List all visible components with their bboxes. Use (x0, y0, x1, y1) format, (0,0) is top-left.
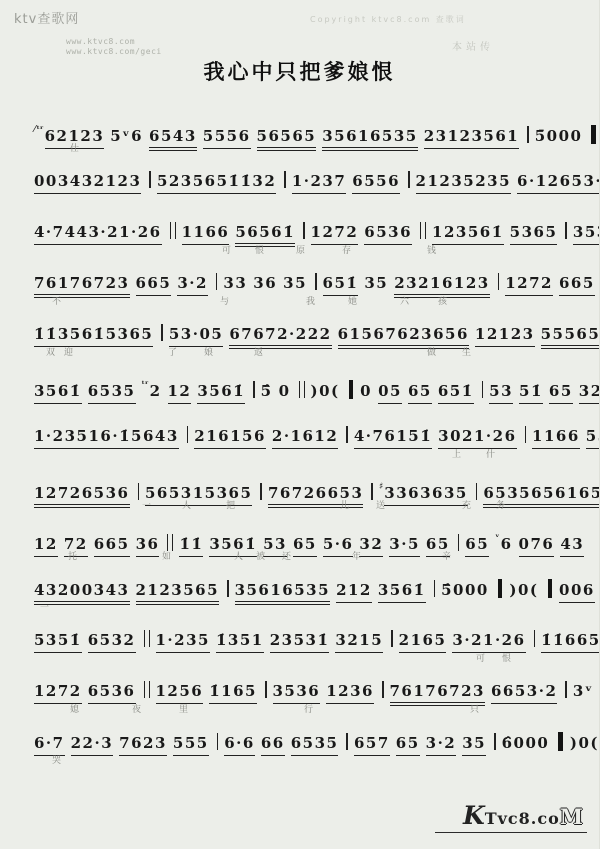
lyric-char: 什 (486, 447, 495, 460)
notation-group: 65 (293, 534, 317, 557)
barline (494, 733, 496, 750)
notation-group: 56561̇ (235, 222, 295, 247)
notation-group: 2 (150, 381, 162, 405)
notation-group: 43 (560, 534, 584, 557)
lyric-char: 双 (46, 345, 55, 358)
notation-group: 3·21·26 (452, 630, 525, 653)
logo-letter-k: K (463, 801, 485, 830)
ornament: ⁄ (34, 120, 36, 140)
barline (227, 580, 229, 597)
notation-group: 35 (283, 273, 307, 297)
song-title: 我心中只把爹娘恨 (0, 56, 599, 86)
lyric-char: 存 (342, 243, 351, 256)
notation-group: 7623 (119, 733, 167, 756)
notation-group: 5235651̇1̇32 (157, 171, 276, 194)
barline-thick (548, 579, 553, 598)
notation-group: 1166 (532, 426, 580, 449)
ornament: ᵗʳ (37, 120, 44, 140)
lyric-char: 年 (352, 549, 361, 562)
notation-group: 1272 (311, 222, 359, 245)
barline-thick (498, 579, 503, 598)
notation-group: 36 (253, 273, 277, 297)
lyric-char: 返 (254, 345, 263, 358)
notation-group: 123561̇ (432, 222, 504, 245)
barline (391, 630, 393, 647)
barline (527, 126, 529, 143)
notation-group: 5365 (510, 222, 558, 245)
lyric-char: 媳 (70, 702, 79, 715)
barline (284, 171, 286, 188)
notation-group: 6·12653·565 (517, 171, 600, 194)
notation-group: 1̇1̇3561̇5365 (34, 324, 153, 347)
lyric-char: 不 (52, 294, 61, 307)
lyric-char: 行 (304, 702, 313, 715)
notation-group: 6556 (352, 171, 400, 194)
notation-group: 12 (34, 534, 58, 557)
notation-group: 32 (579, 381, 600, 404)
barline (408, 171, 410, 188)
notation-group: 1̇165 (209, 681, 257, 704)
lyric-char: 我 (306, 294, 315, 307)
notation-group: 555 (173, 733, 209, 756)
notation-group: 65 (396, 733, 420, 756)
barline (144, 630, 150, 647)
notation-group: 212 (336, 580, 372, 603)
notation-group: 4·76151̇ (354, 426, 432, 449)
notation-group: 6532 (88, 630, 136, 653)
barline (434, 580, 436, 597)
notation-group: 657 (354, 733, 390, 756)
lyric-char: 上 (452, 447, 461, 460)
score-line: 761767236653·2333635651̇3523216123127266… (34, 273, 574, 302)
barline (170, 222, 176, 239)
notation-group: 2·1612 (272, 426, 338, 449)
notation-group: 22·3 (71, 733, 114, 756)
barline-thick (558, 732, 563, 751)
notation-group: 05 (378, 381, 402, 404)
lyric-char: 托 (68, 549, 77, 562)
notation-group: 651̇ (323, 273, 359, 296)
notation-group: 1̇1̇ (179, 534, 203, 557)
score-line: 5351̇65321·2351̇35123531̇321521653·21·26… (34, 630, 574, 659)
notation-group: 216156 (194, 426, 266, 449)
notation-group: 67672·222 (229, 324, 331, 349)
barline (260, 483, 262, 500)
notation-group: 3021·26 (438, 426, 516, 449)
notation-group: 51̇ (519, 381, 543, 404)
site-name: ktv查歌网 (14, 12, 79, 27)
lyric-char: 只 (470, 702, 479, 715)
score-line: 1272653656531536576726653♯33636356535656… (34, 477, 574, 506)
notation-group: 6536 (364, 222, 412, 245)
sheet-page: ktv查歌网 www.ktvc8.com www.ktvc8.com/geci … (0, 0, 600, 849)
notation-group: 6536 (88, 681, 136, 704)
score-line: 6·722·376235556·6666535657653·2356̂000)0… (34, 732, 574, 761)
notation-group: 0 (279, 381, 291, 405)
ornament: ♯ (379, 477, 383, 497)
barline-thick (591, 125, 596, 144)
score-line: ⁄ᵗʳ621235ᵛ665435556565653561653523123561… (34, 120, 574, 149)
notation-group: 5̂000 (441, 580, 489, 604)
lyric-char: 恨 (502, 651, 511, 664)
logo-letter-m: M (560, 804, 583, 829)
notation-group: )0( (509, 580, 538, 604)
notation-group: 5·6 (323, 534, 354, 557)
lyric-char: 迎 (64, 345, 73, 358)
notation-group: 66 (261, 733, 285, 756)
site-logo: KTvc8.coM (435, 801, 587, 833)
notation-group: 3ᵛ (573, 681, 594, 705)
score: ⁄ᵗʳ621235ᵛ665435556565653561653523123561… (34, 120, 574, 783)
lyric-char: 了 (168, 345, 177, 358)
lyric-char: 哭 (52, 753, 61, 766)
barline (299, 381, 305, 398)
notation-group: 6535 (291, 733, 339, 756)
notation-group: 36 (136, 534, 160, 557)
notation-group: 2165 (399, 630, 447, 653)
barline (217, 733, 219, 750)
notation-group: 35 (364, 273, 388, 297)
lyric-char: 仕 (70, 141, 79, 154)
notation-group: 65 (408, 381, 432, 404)
barline (534, 630, 536, 647)
notation-group: 003432123 (34, 171, 141, 194)
notation-group: 6̂000 (502, 733, 550, 757)
notation-group: )0( (570, 733, 599, 757)
notation-group: 1·237 (292, 171, 346, 194)
notation-group: 565315365 (145, 483, 252, 506)
notation-group: )0( (311, 381, 340, 405)
notation-group: 56565 (257, 126, 317, 151)
notation-group: 3·5 (389, 534, 420, 557)
notation-group: 3·2 (177, 273, 208, 296)
lyric-char: 儿 (340, 498, 349, 511)
notation-group: 6 (501, 534, 513, 558)
ornament: ᵛ (495, 528, 499, 548)
notation-group: 5̄000 (535, 126, 583, 150)
notation-group: 076 (519, 534, 555, 557)
barline (187, 426, 189, 443)
barline (476, 483, 478, 500)
lyric-char: 娘 (204, 345, 213, 358)
notation-group: 665 (136, 273, 172, 296)
barline (265, 681, 267, 698)
notation-group: 6543 (149, 126, 197, 151)
barline (482, 381, 484, 398)
notation-group: 5351̇ (34, 630, 82, 653)
score-line: 3561̇6535ᵗʳ2123561̇5̂0)0(00565651̇5351̇6… (34, 375, 574, 404)
notation-group: 35616535 (235, 580, 331, 605)
barline (138, 483, 140, 500)
barline (303, 222, 305, 239)
barline (371, 483, 373, 500)
notation-group: 23123561 (424, 126, 520, 149)
ornament: ᵗʳ (142, 375, 149, 395)
lyric-char: 辛 (442, 549, 451, 562)
notation-group: 1̇351 (216, 630, 264, 653)
notation-group: 32 (359, 534, 383, 557)
lyric-char: 生 (462, 345, 471, 358)
notation-group: 3363635 (384, 483, 468, 506)
notation-group: 1166 (182, 222, 230, 245)
notation-group: 006 (559, 580, 595, 603)
copyright-watermark: Copyright ktvc8.com 查歌词 (310, 14, 466, 25)
lyric-char: 务 (496, 498, 505, 511)
barline (346, 733, 348, 750)
notation-group: 1·235 (156, 630, 210, 653)
barline (420, 222, 426, 239)
lyric-char: 六 (400, 294, 409, 307)
lyric-char: 送 (376, 498, 385, 511)
notation-group: 6535 (88, 381, 136, 404)
barline (525, 426, 527, 443)
notation-group: 3561̇ (34, 381, 82, 404)
notation-group: 5̂ (261, 381, 273, 405)
notation-group: 1272 (505, 273, 553, 296)
site-watermark: ktv查歌网 (14, 8, 79, 27)
notation-group: 651̇ (438, 381, 474, 404)
notation-group: 23531̇ (270, 630, 330, 653)
score-line: 0034321235235651̇1̇321·2376556212352356·… (34, 171, 574, 200)
notation-group: 5556 (203, 126, 251, 149)
credit-watermark: 本站传 (452, 38, 494, 53)
lyric-char: 人 (182, 498, 191, 511)
notation-group: 12726536 (34, 483, 130, 508)
lyric-char: 恨 (255, 243, 264, 256)
lyric-char: 孩 (438, 294, 447, 307)
lyric-char: 充 (462, 498, 471, 511)
notation-group: 35361236 (573, 222, 600, 245)
barline (565, 681, 567, 698)
notation-group: 1236 (326, 681, 374, 704)
lyric-char: 与 (220, 294, 229, 307)
notation-group: 76726653 (268, 483, 364, 508)
score-line: 1·23516·1̇56432161562·16124·76151̇3021·2… (34, 426, 574, 455)
lyric-char: 人 (234, 549, 243, 562)
notation-group: 1·23516·1̇5643 (34, 426, 179, 449)
notation-group: 35616535 (322, 126, 418, 151)
notation-group: 1256 (156, 681, 204, 704)
notation-group: 3215 (335, 630, 383, 653)
score-line: 4·7443·21·26116656561̇12726536123561̇536… (34, 222, 574, 251)
barline (458, 534, 460, 551)
barline (315, 273, 317, 290)
notation-group: 1̇1̇665361̇ (541, 630, 600, 653)
notation-group: 53·05 (169, 324, 223, 347)
lyric-char: 她 (348, 294, 357, 307)
notation-group: 0 (360, 381, 372, 405)
barline (382, 681, 384, 698)
lyric-char: 可 (222, 243, 231, 256)
notation-group: 555656585 (541, 324, 600, 349)
score-line: 1272665361̇1̇3561̇53655·6323·56565ᵛ60764… (34, 528, 574, 557)
notation-group: 1272 (34, 681, 82, 704)
notation-group: 12123 (475, 324, 535, 347)
score-line: 1̇1̇3561̇536553·0567672·2226156762365612… (34, 324, 574, 353)
notation-group: 3536 (273, 681, 321, 704)
notation-group: 12 (168, 381, 192, 404)
notation-group: 76176723 (34, 273, 130, 298)
notation-group: 65 (465, 534, 489, 557)
barline (346, 426, 348, 443)
watermark-url-1: www.ktvc8.com (66, 37, 162, 47)
lyric-char: 可 (476, 651, 485, 664)
notation-group: 4·7443·21·26 (34, 222, 162, 245)
barline (565, 222, 567, 239)
watermark-urls: www.ktvc8.com www.ktvc8.com/geci (66, 37, 162, 57)
lyric-char: 一 (142, 498, 151, 511)
logo-mid-text: Tvc8.co (485, 809, 560, 828)
barline (216, 273, 218, 290)
barline (253, 381, 255, 398)
barline (144, 681, 150, 698)
notation-group: 53 (489, 381, 513, 404)
score-line: 1272653612561̇16535361236761767236653·23… (34, 681, 574, 710)
score-line: 432003432123565356165352123561̇5̂000)0(0… (34, 579, 574, 608)
notation-group: 21235235 (416, 171, 512, 194)
notation-group: 35 (462, 733, 486, 756)
notation-group: 6653·2 (491, 681, 557, 704)
notation-group: 665 (94, 534, 130, 557)
lyric-char: 被 (256, 549, 265, 562)
barline (149, 171, 151, 188)
notation-group: 3·2 (426, 733, 457, 756)
notation-group: 5361̇ (586, 426, 600, 449)
notation-group: 6·6 (224, 733, 255, 756)
barline (498, 273, 500, 290)
lyric-char: 还 (282, 549, 291, 562)
notation-group: 61567623656 (338, 324, 469, 349)
notation-group: 5ᵛ6 (110, 126, 143, 150)
barline (161, 324, 163, 341)
lyric-char: 如 (162, 549, 171, 562)
lyric-char: 里 (179, 702, 188, 715)
barline-thick (349, 380, 354, 399)
notation-group: 2123565 (136, 580, 220, 605)
lyric-char: 夜 (132, 702, 141, 715)
lyric-char: 做 (427, 345, 436, 358)
lyric-char: 把 (226, 498, 235, 511)
notation-group: 65 (549, 381, 573, 404)
lyric-char: 钱 (427, 243, 436, 256)
lyric-char: 一 (40, 600, 49, 613)
notation-group: 3561̇ (378, 580, 426, 603)
notation-group: 3561̇ (197, 381, 245, 404)
lyric-char: 原 (296, 243, 305, 256)
notation-group: 665 (559, 273, 595, 296)
